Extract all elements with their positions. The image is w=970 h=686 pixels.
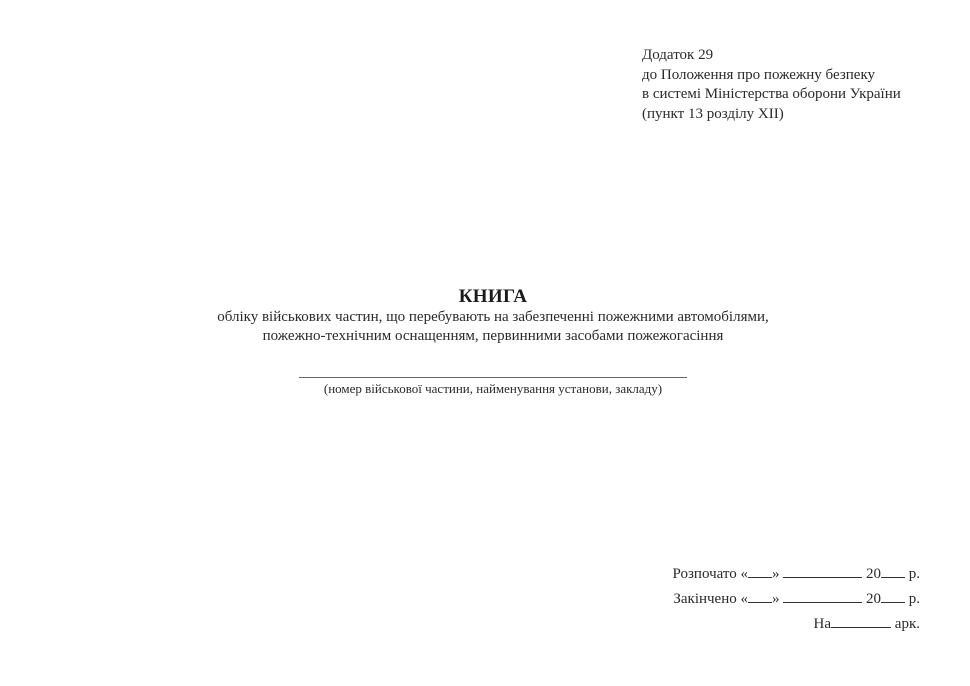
- book-subtitle-line-2: пожежно-технічним оснащенням, первинними…: [0, 327, 970, 346]
- unit-name-caption: (номер військової частини, найменування …: [299, 381, 687, 397]
- started-year-suffix: р.: [909, 566, 920, 582]
- book-title: КНИГА: [0, 286, 970, 308]
- title-block: КНИГА обліку військових частин, що переб…: [0, 286, 970, 346]
- dates-block: Розпочато «» 20 р. Закінчено «» 20 р. На…: [673, 562, 920, 637]
- open-quote: «: [741, 591, 749, 607]
- close-quote: »: [772, 591, 780, 607]
- unit-name-field[interactable]: [299, 377, 687, 378]
- annex-ministry: в системі Міністерства оборони України: [642, 85, 901, 105]
- started-month-field[interactable]: [783, 564, 862, 578]
- started-year-prefix: 20: [866, 566, 881, 582]
- finished-label: Закінчено: [673, 591, 736, 607]
- open-quote: «: [741, 566, 749, 582]
- annex-clause: (пункт 13 розділу XII): [642, 105, 901, 125]
- book-subtitle-line-1: обліку військових частин, що перебувають…: [0, 308, 970, 327]
- finished-year-prefix: 20: [866, 591, 881, 607]
- annex-number: Додаток 29: [642, 46, 901, 66]
- finished-month-field[interactable]: [783, 589, 862, 603]
- started-label: Розпочато: [673, 566, 737, 582]
- close-quote: »: [772, 566, 780, 582]
- sheets-prefix: На: [814, 616, 832, 632]
- started-date-row: Розпочато «» 20 р.: [673, 562, 920, 587]
- annex-regulation: до Положення про пожежну безпеку: [642, 66, 901, 86]
- finished-year-field[interactable]: [881, 589, 905, 603]
- sheets-row: На арк.: [673, 612, 920, 637]
- started-year-field[interactable]: [881, 564, 905, 578]
- document-page: Додаток 29 до Положення про пожежну безп…: [0, 0, 970, 686]
- finished-day-field[interactable]: [748, 589, 772, 603]
- annex-reference: Додаток 29 до Положення про пожежну безп…: [642, 46, 901, 124]
- finished-year-suffix: р.: [909, 591, 920, 607]
- finished-date-row: Закінчено «» 20 р.: [673, 587, 920, 612]
- sheets-count-field[interactable]: [831, 614, 891, 628]
- started-day-field[interactable]: [748, 564, 772, 578]
- sheets-suffix: арк.: [895, 616, 920, 632]
